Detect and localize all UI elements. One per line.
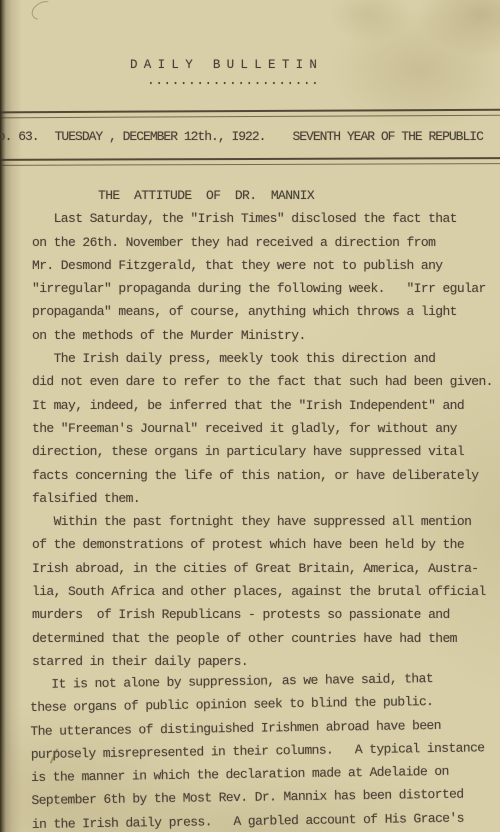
body-line: murders of Irish Republicans - protests … [32,603,498,626]
body-line: It may, indeed, be inferred that the "Ir… [32,394,498,417]
body-line: did not even dare to refer to the fact t… [32,370,498,393]
paragraph: Last Saturday, the "Irish Times" disclos… [32,207,498,347]
dateline-date: TUESDAY , DECEMBER 12th., I922. [55,129,266,144]
masthead-title: D A I L Y B U L L E T I N [130,58,316,72]
issue-number: No. 63. [0,129,39,144]
bulletin-page: D A I L Y B U L L E T I N ..............… [0,0,500,832]
body-line: Within the past fortnight they have supp… [32,510,498,533]
body-line: Mr. Desmond Fitzgerald, that they were n… [32,254,498,277]
body-line: determined that the people of other coun… [32,627,498,650]
paragraph: The Irish daily press, meekly took this … [32,347,498,510]
horizontal-rule-mid [0,157,500,166]
dateline: No. 63.TUESDAY , DECEMBER 12th., I922.SE… [0,129,483,144]
body-line: falsified them. [32,487,498,510]
body-line: facts concerning the life of this nation… [32,464,498,487]
article-heading: THE ATTITUDE OF DR. MANNIX [32,184,498,207]
body-line: The Irish daily press, meekly took this … [32,347,498,370]
body-line: on the methods of the Murder Ministry. [32,324,498,347]
horizontal-rule-top [0,109,500,119]
article: THE ATTITUDE OF DR. MANNIX Last Saturday… [32,184,498,832]
pencil-mark [28,0,57,24]
body-line: Last Saturday, the "Irish Times" disclos… [32,207,498,230]
body-line: of the demonstrations of protest which h… [32,533,498,556]
body-line: direction, these organs in particulary h… [32,440,498,463]
body-line: propaganda" means, of course, anything w… [32,300,498,323]
body-line: Irish abroad, in the cities of Great Bri… [32,557,498,580]
masthead-underline-dots: ..................... [147,73,319,88]
paragraph: It is not alone by suppression, as we ha… [30,666,498,832]
body-line: lia, South Africa and other places, agai… [32,580,498,603]
body-line: the "Freeman's Journal" received it glad… [32,417,498,440]
body-line: "irregular" propaganda during the follow… [32,277,498,300]
article-body: Last Saturday, the "Irish Times" disclos… [32,207,498,832]
body-line: on the 26th. November they had received … [32,231,498,254]
paragraph: Within the past fortnight they have supp… [32,510,498,673]
era-label: SEVENTH YEAR OF THE REPUBLIC [292,129,482,144]
